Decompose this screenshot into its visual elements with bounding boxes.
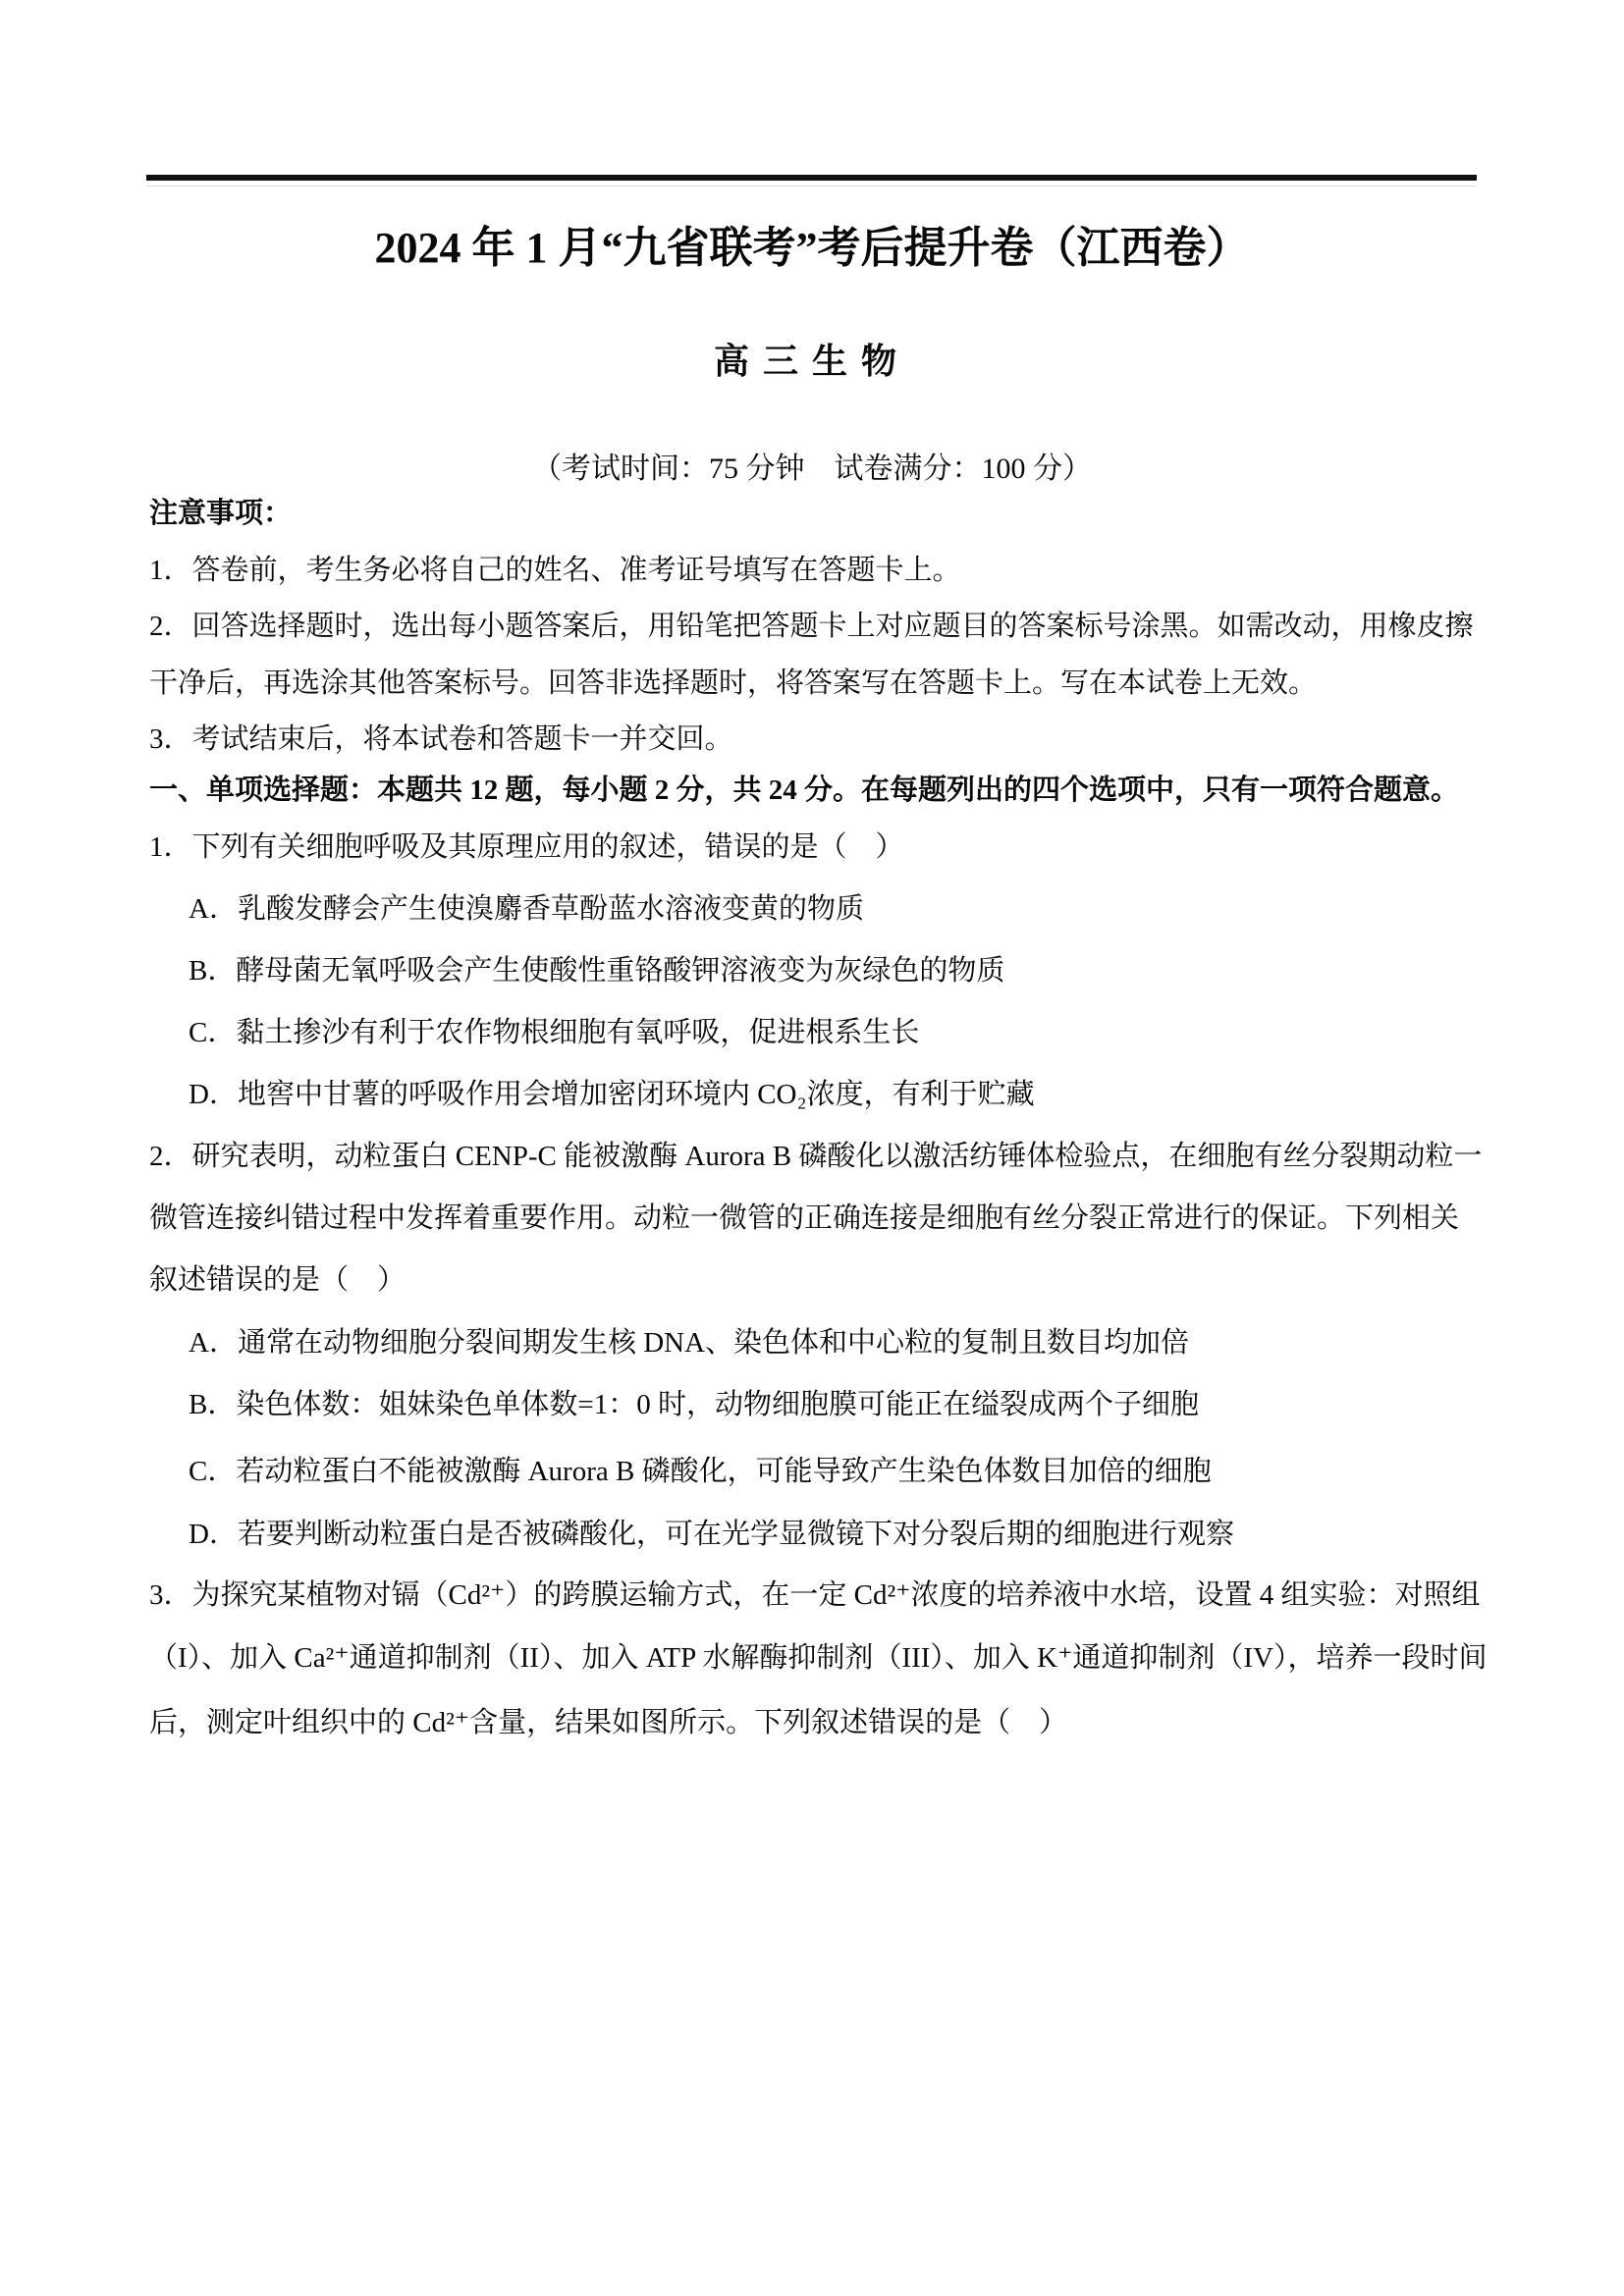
header-rule-thin: [146, 186, 1477, 187]
question-2-option-a: A．通常在动物细胞分裂间期发生核 DNA、染色体和中心粒的复制且数目均加倍: [189, 1325, 1189, 1361]
question-2-option-d: D．若要判断动粒蛋白是否被磷酸化，可在光学显微镜下对分裂后期的细胞进行观察: [189, 1517, 1234, 1552]
question-3-stem-line-2: （I）、加入 Ca²⁺通道抑制剂（II）、加入 ATP 水解酶抑制剂（III）、…: [149, 1640, 1488, 1676]
question-2-stem-line-1: 2．研究表明，动粒蛋白 CENP-C 能被激酶 Aurora B 磷酸化以激活纺…: [149, 1139, 1482, 1174]
page-title: 2024 年 1 月“九省联考”考后提升卷（江西卷）: [147, 212, 1477, 275]
question-2-option-c: C．若动粒蛋白不能被激酶 Aurora B 磷酸化，可能导致产生染色体数目加倍的…: [189, 1454, 1212, 1489]
question-2-stem-line-3: 叙述错误的是（ ）: [149, 1262, 406, 1298]
notice-heading: 注意事项：: [149, 496, 292, 531]
question-2-stem-line-2: 微管连接纠错过程中发挥着重要作用。动粒一微管的正确连接是细胞有丝分裂正常进行的保…: [149, 1201, 1459, 1236]
header-rule-thick: [146, 175, 1477, 181]
notice-line-2-continued: 干净后，再选涂其他答案标号。回答非选择题时，将答案写在答题卡上。写在本试卷上无效…: [149, 666, 1317, 701]
notice-line-3: 3．考试结束后，将本试卷和答题卡一并交回。: [149, 721, 733, 757]
section-heading: 一、单项选择题：本题共 12 题，每小题 2 分，共 24 分。在每题列出的四个…: [149, 773, 1459, 808]
question-1-option-b: B．酵母菌无氧呼吸会产生使酸性重铬酸钾溶液变为灰绿色的物质: [189, 953, 1004, 988]
question-2-option-b: B．染色体数：姐妹染色单体数=1：0 时，动物细胞膜可能正在缢裂成两个子细胞: [189, 1387, 1199, 1422]
question-3-stem-line-1: 3．为探究某植物对镉（Cd²⁺）的跨膜运输方式，在一定 Cd²⁺浓度的培养液中水…: [149, 1577, 1480, 1613]
notice-line-2: 2．回答选择题时，选出每小题答案后，用铅笔把答题卡上对应题目的答案标号涂黑。如需…: [149, 609, 1474, 644]
page-subtitle: 高三生物: [147, 334, 1477, 384]
exam-info-line: （考试时间：75 分钟 试卷满分：100 分）: [147, 444, 1477, 487]
question-1-option-c: C．黏土掺沙有利于农作物根细胞有氧呼吸，促进根系生长: [189, 1015, 919, 1050]
question-1-option-a: A．乳酸发酵会产生使溴麝香草酚蓝水溶液变黄的物质: [189, 891, 864, 927]
question-3-stem-line-3: 后，测定叶组织中的 Cd²⁺含量，结果如图所示。下列叙述错误的是（ ）: [149, 1705, 1067, 1740]
question-1-option-d: D．地窖中甘薯的呼吸作用会增加密闭环境内 CO₂浓度，有利于贮藏: [189, 1077, 1035, 1112]
question-1-stem: 1．下列有关细胞呼吸及其原理应用的叙述，错误的是（ ）: [149, 829, 904, 865]
exam-page: 2024 年 1 月“九省联考”考后提升卷（江西卷） 高三生物 （考试时间：75…: [0, 0, 1624, 2296]
notice-line-1: 1．答卷前，考生务必将自己的姓名、准考证号填写在答题卡上。: [149, 553, 961, 588]
